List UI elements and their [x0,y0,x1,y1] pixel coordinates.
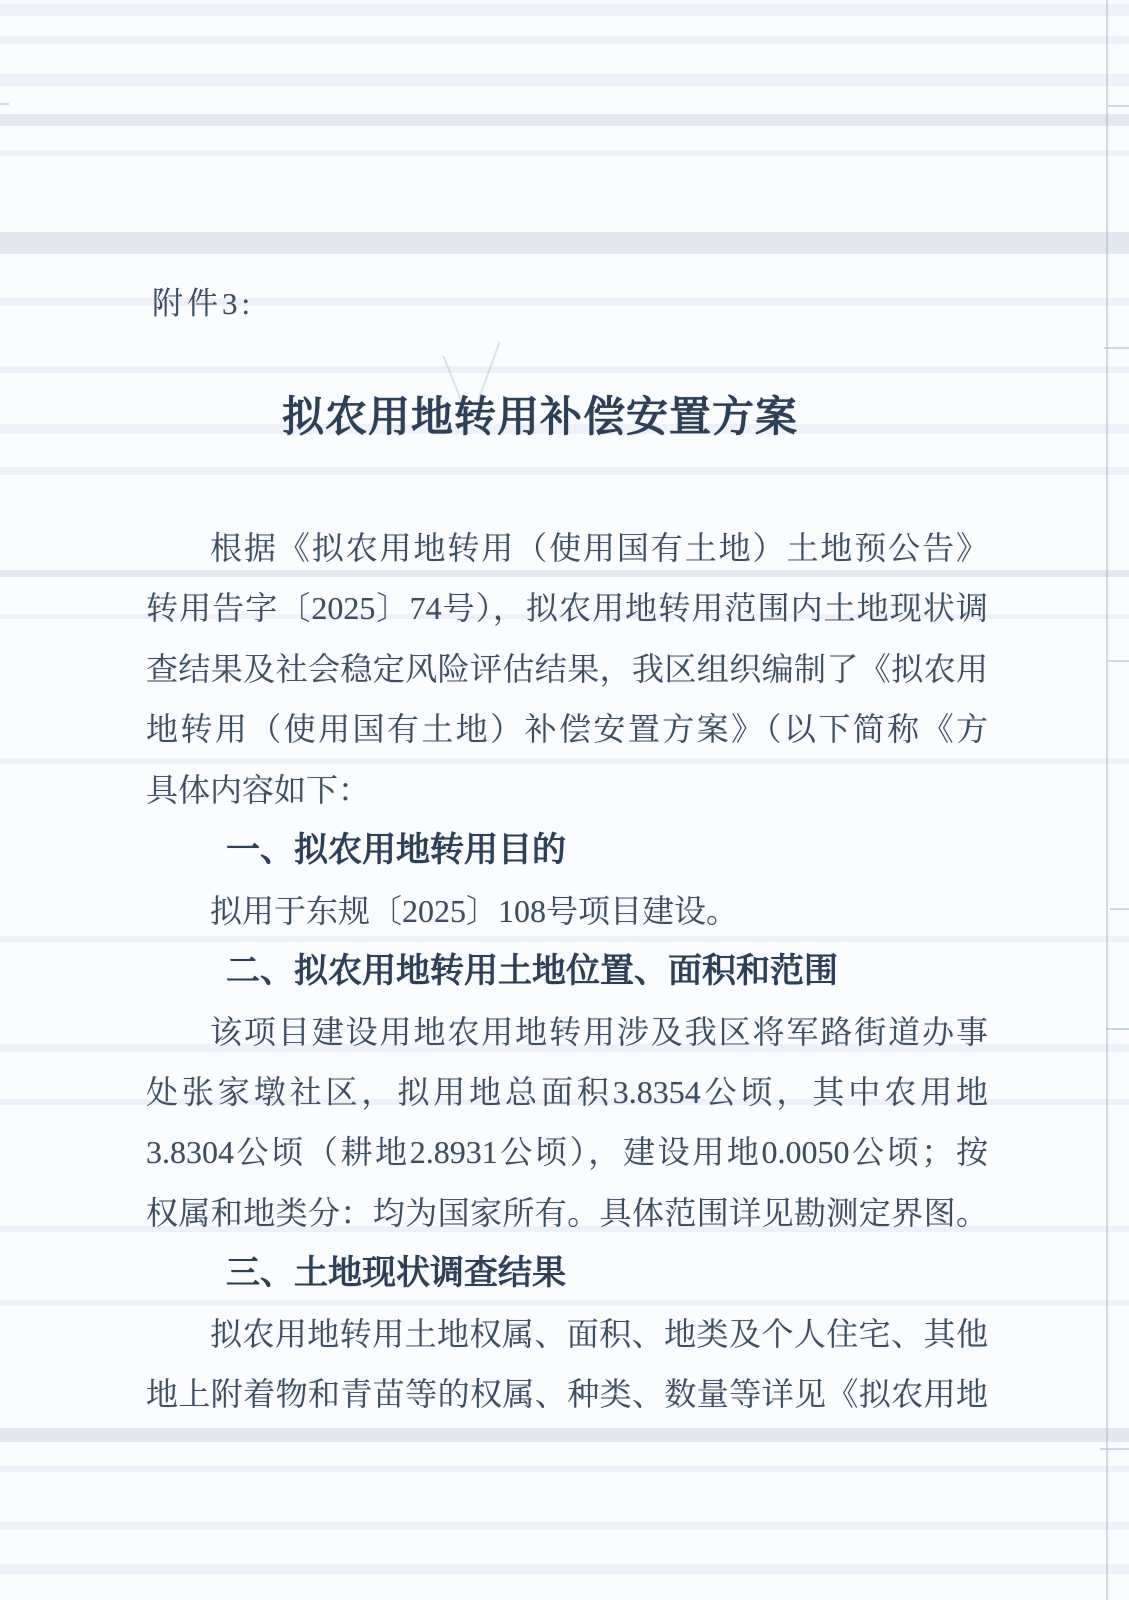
text-line: 地转用（使用国有土地）补偿安置方案》（以下简称《方案》）， [146,699,988,759]
scan-band [0,1522,1129,1530]
scan-band [0,74,1129,86]
scan-tick [1110,908,1129,910]
scanned-document-page: 附件3: 拟农用地转用补偿安置方案 根据《拟农用地转用（使用国有土地）土地预公告… [0,0,1129,1600]
section-heading: 一、拟农用地转用目的 [146,820,988,880]
scan-band [0,4,1129,16]
scan-band [0,366,1129,373]
scan-band [0,150,1129,156]
scan-band [0,467,1129,475]
scan-tick [1106,1028,1129,1030]
attachment-label: 附件3: [152,278,254,323]
scan-band [0,232,1129,254]
scan-band [0,1428,1129,1442]
text-line: 查结果及社会稳定风险评估结果，我区组织编制了《拟农用 [146,639,988,699]
section-heading: 二、拟农用地转用土地位置、面积和范围 [146,941,988,1001]
text-line: 该项目建设用地农用地转用涉及我区将军路街道办事 [146,1002,988,1062]
scan-band [0,1564,1129,1574]
text-line: 转用告字〔2025〕74号），拟农用地转用范围内土地现状调 [146,578,988,638]
scan-band [0,114,1129,126]
text-line: 拟用于东规〔2025〕108号项目建设。 [146,881,988,941]
text-line: 根据《拟农用地转用（使用国有土地）土地预公告》（东 [146,518,988,578]
scan-tick [1108,660,1129,662]
text-line: 权属和地类分：均为国家所有。具体范围详见勘测定界图。 [146,1183,988,1243]
scan-tick [1108,105,1129,107]
text-line: 3.8304公顷（耕地2.8931公顷），建设用地0.0050公顷；按 [146,1122,988,1182]
scan-tick [1104,347,1129,349]
scan-band [0,1466,1129,1472]
scan-band [0,36,1129,44]
scan-edge-line [1106,0,1108,1600]
text-line: 地上附着物和青苗等的权属、种类、数量等详见《拟农用地 [146,1364,988,1424]
section-heading: 三、土地现状调查结果 [146,1243,988,1303]
text-line: 拟农用地转用土地权属、面积、地类及个人住宅、其他 [146,1304,988,1364]
text-line: 具体内容如下： [146,760,988,820]
scan-tick [1100,1448,1129,1450]
document-title: 拟农用地转用补偿安置方案 [120,388,960,446]
scan-tick [0,103,9,105]
text-line: 处张家墩社区，拟用地总面积3.8354公顷，其中农用地 [146,1062,988,1122]
document-body: 根据《拟农用地转用（使用国有土地）土地预公告》（东 转用告字〔2025〕74号）… [146,518,988,1425]
